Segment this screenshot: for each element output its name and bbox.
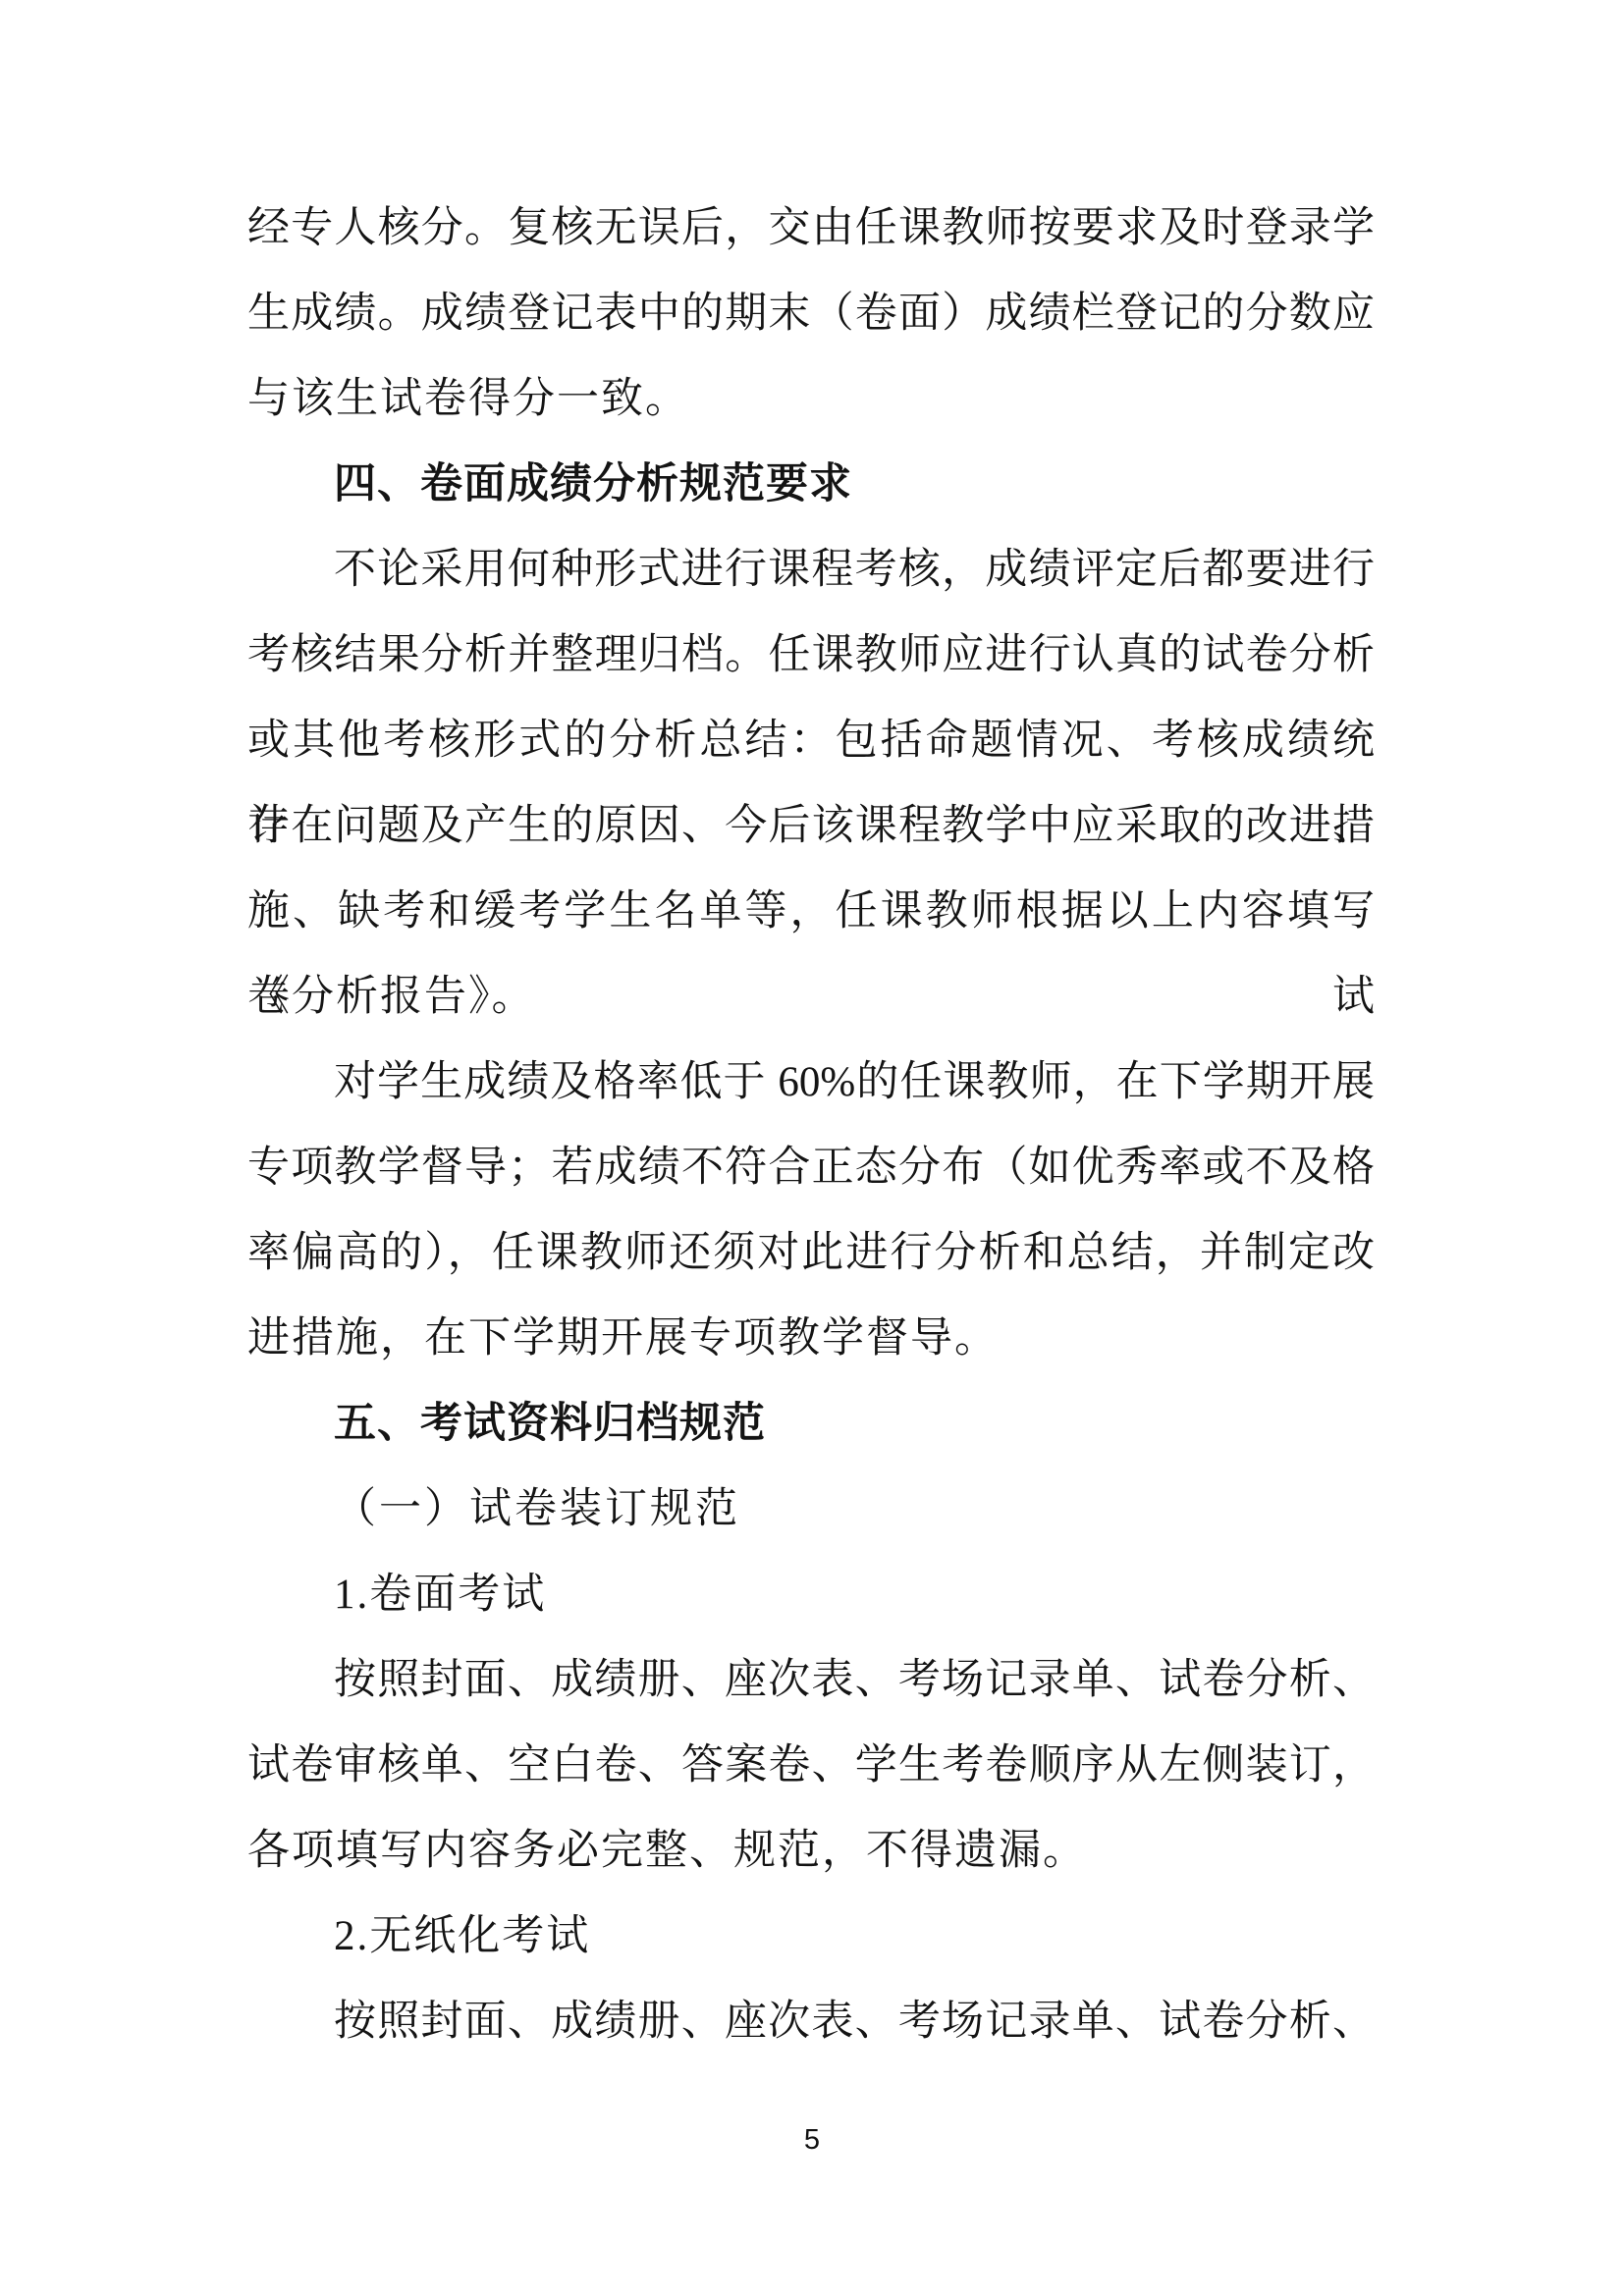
text-line: 施、缺考和缓考学生名单等，任课教师根据以上内容填写《试 (247, 869, 1375, 954)
list-item-1-paper-exam: 1.卷面考试 (247, 1552, 1375, 1637)
document-content: 经专人核分。复核无误后，交由任课教师按要求及时登录学 生成绩。成绩登记表中的期末… (247, 186, 1375, 2064)
text-line: 各项填写内容务必完整、规范，不得遗漏。 (247, 1808, 1375, 1894)
text-line: 按照封面、成绩册、座次表、考场记录单、试卷分析、 (247, 1637, 1375, 1723)
text-line: 不论采用何种形式进行课程考核，成绩评定后都要进行 (247, 527, 1375, 613)
page-number: 5 (0, 2120, 1624, 2160)
text-line: 专项教学督导；若成绩不符合正态分布（如优秀率或不及格 (247, 1125, 1375, 1210)
list-item-2-paperless-exam: 2.无纸化考试 (247, 1894, 1375, 1979)
text-line: 存在问题及产生的原因、今后该课程教学中应采取的改进措 (247, 783, 1375, 869)
text-line: 与该生试卷得分一致。 (247, 356, 1375, 442)
subheading-binding-rules: （一）试卷装订规范 (247, 1467, 1375, 1552)
text-line: 生成绩。成绩登记表中的期末（卷面）成绩栏登记的分数应 (247, 271, 1375, 356)
text-line: 经专人核分。复核无误后，交由任课教师按要求及时登录学 (247, 186, 1375, 271)
text-line: 率偏高的），任课教师还须对此进行分析和总结，并制定改 (247, 1210, 1375, 1296)
text-line: 考核结果分析并整理归档。任课教师应进行认真的试卷分析 (247, 613, 1375, 698)
text-line: 进措施，在下学期开展专项教学督导。 (247, 1296, 1375, 1381)
heading-section-4: 四、卷面成绩分析规范要求 (247, 442, 1375, 527)
text-line: 对学生成绩及格率低于 60%的任课教师，在下学期开展 (247, 1040, 1375, 1125)
text-line: 按照封面、成绩册、座次表、考场记录单、试卷分析、 (247, 1979, 1375, 2064)
heading-section-5: 五、考试资料归档规范 (247, 1381, 1375, 1467)
text-line: 或其他考核形式的分析总结：包括命题情况、考核成绩统计、 (247, 698, 1375, 783)
text-line: 试卷审核单、空白卷、答案卷、学生考卷顺序从左侧装订， (247, 1723, 1375, 1808)
document-page: 经专人核分。复核无误后，交由任课教师按要求及时登录学 生成绩。成绩登记表中的期末… (0, 0, 1624, 2296)
